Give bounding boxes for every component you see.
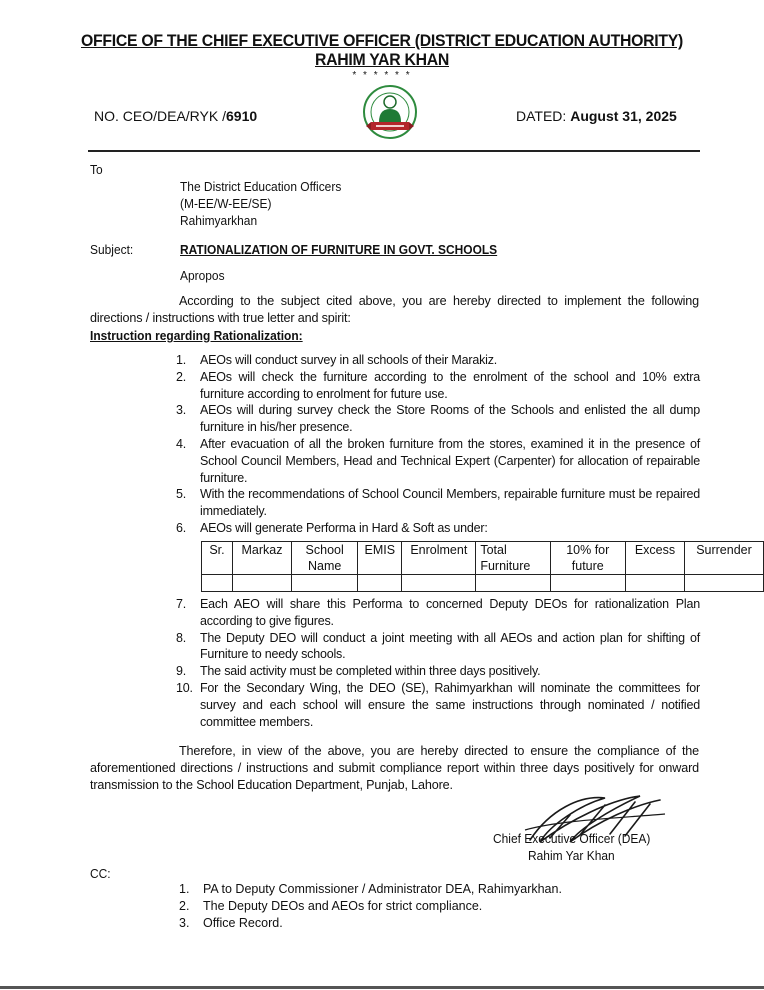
reference-value: 6910 — [226, 108, 257, 124]
list-item-text: The Deputy DEOs and AEOs for strict comp… — [203, 899, 482, 913]
list-item-number: 9. — [176, 663, 186, 680]
header-divider — [88, 150, 700, 152]
list-item-number: 1. — [176, 352, 186, 369]
list-item: 1.PA to Deputy Commissioner / Administra… — [176, 881, 626, 898]
list-item-number: 5. — [176, 486, 186, 503]
list-item-text: With the recommendations of School Counc… — [200, 487, 700, 518]
table-header-cell: School Name — [292, 542, 358, 575]
intro-paragraph: According to the subject cited above, yo… — [90, 293, 699, 327]
table-cell — [684, 575, 763, 592]
list-item: 6.AEOs will generate Performa in Hard & … — [173, 520, 700, 537]
list-item-number: 1. — [179, 881, 189, 898]
cc-label: CC: — [90, 865, 111, 882]
dated: DATED: August 31, 2025 — [516, 108, 677, 124]
list-item: 1.AEOs will conduct survey in all school… — [173, 352, 700, 369]
performa-table: Sr.MarkazSchool NameEMISEnrolmentTotal F… — [201, 541, 764, 592]
list-item-text: AEOs will check the furniture according … — [200, 370, 700, 401]
list-item: 5.With the recommendations of School Cou… — [173, 486, 700, 520]
addressee-line: Rahimyarkhan — [180, 212, 257, 229]
list-item: 10.For the Secondary Wing, the DEO (SE),… — [173, 680, 700, 730]
table-cell — [202, 575, 233, 592]
table-header-cell: Total Furniture — [476, 542, 550, 575]
table-header-cell: EMIS — [358, 542, 402, 575]
performa-table-wrapper: Sr.MarkazSchool NameEMISEnrolmentTotal F… — [201, 541, 764, 592]
dea-emblem-logo — [357, 82, 423, 146]
office-title: OFFICE OF THE CHIEF EXECUTIVE OFFICER (D… — [27, 31, 738, 51]
reference-prefix: NO. CEO/DEA/RYK / — [94, 108, 226, 124]
list-item-number: 3. — [176, 402, 186, 419]
list-item: 4.After evacuation of all the broken fur… — [173, 436, 700, 486]
list-item-number: 4. — [176, 436, 186, 453]
subject-label: Subject: — [90, 241, 133, 258]
reference-number: NO. CEO/DEA/RYK /6910 — [94, 108, 257, 124]
table-header-cell: 10% for future — [550, 542, 625, 575]
instructions-heading: Instruction regarding Rationalization: — [90, 327, 303, 344]
addressee-line: (M-EE/W-EE/SE) — [180, 195, 271, 212]
list-item: 2.AEOs will check the furniture accordin… — [173, 369, 700, 403]
list-item: 3.AEOs will during survey check the Stor… — [173, 402, 700, 436]
list-item-text: AEOs will conduct survey in all schools … — [200, 353, 497, 367]
signatory-designation: Chief Executive Officer (DEA) — [493, 830, 650, 847]
apropos: Apropos — [180, 267, 225, 284]
header-stars: * * * * * * — [0, 70, 764, 81]
list-item-text: Office Record. — [203, 916, 283, 930]
table-cell — [625, 575, 684, 592]
table-cell — [358, 575, 402, 592]
page-bottom-edge — [0, 986, 764, 989]
list-item-text: The Deputy DEO will conduct a joint meet… — [200, 631, 700, 662]
list-item-number: 7. — [176, 596, 186, 613]
table-header-cell: Enrolment — [402, 542, 476, 575]
dated-value: August 31, 2025 — [570, 108, 677, 124]
table-row — [202, 575, 764, 592]
list-item-text: Each AEO will share this Performa to con… — [200, 597, 700, 628]
list-item-text: PA to Deputy Commissioner / Administrato… — [203, 882, 562, 896]
list-item: 3.Office Record. — [176, 915, 626, 932]
table-cell — [402, 575, 476, 592]
table-cell — [233, 575, 292, 592]
addressee-line: The District Education Officers — [180, 178, 341, 195]
list-item: 2.The Deputy DEOs and AEOs for strict co… — [176, 898, 626, 915]
instructions-list-continued: 7.Each AEO will share this Performa to c… — [173, 596, 700, 730]
list-item-text: After evacuation of all the broken furni… — [200, 437, 700, 485]
list-item-text: AEOs will during survey check the Store … — [200, 403, 700, 434]
list-item-text: The said activity must be completed with… — [200, 664, 540, 678]
list-item: 7.Each AEO will share this Performa to c… — [173, 596, 700, 630]
list-item-text: For the Secondary Wing, the DEO (SE), Ra… — [200, 681, 700, 729]
list-item: 8.The Deputy DEO will conduct a joint me… — [173, 630, 700, 664]
list-item-number: 2. — [179, 898, 189, 915]
table-header-cell: Excess — [625, 542, 684, 575]
table-cell — [550, 575, 625, 592]
cc-list: 1.PA to Deputy Commissioner / Administra… — [176, 881, 626, 931]
to-label: To — [90, 161, 103, 178]
district-title: RAHIM YAR KHAN — [27, 50, 738, 70]
dated-label: DATED: — [516, 108, 566, 124]
table-header-cell: Markaz — [233, 542, 292, 575]
instructions-list: 1.AEOs will conduct survey in all school… — [173, 352, 700, 537]
list-item-number: 8. — [176, 630, 186, 647]
list-item-number: 10. — [176, 680, 193, 697]
table-header-row: Sr.MarkazSchool NameEMISEnrolmentTotal F… — [202, 542, 764, 575]
list-item: 9.The said activity must be completed wi… — [173, 663, 700, 680]
table-header-cell: Sr. — [202, 542, 233, 575]
list-item-number: 3. — [179, 915, 189, 932]
signatory-place: Rahim Yar Khan — [528, 847, 615, 864]
list-item-number: 2. — [176, 369, 186, 386]
table-cell — [476, 575, 550, 592]
table-cell — [292, 575, 358, 592]
table-header-cell: Surrender — [684, 542, 763, 575]
list-item-text: AEOs will generate Performa in Hard & So… — [200, 521, 488, 535]
closing-paragraph: Therefore, in view of the above, you are… — [90, 743, 699, 794]
list-item-number: 6. — [176, 520, 186, 537]
subject-text: RATIONALIZATION OF FURNITURE IN GOVT. SC… — [180, 241, 497, 258]
